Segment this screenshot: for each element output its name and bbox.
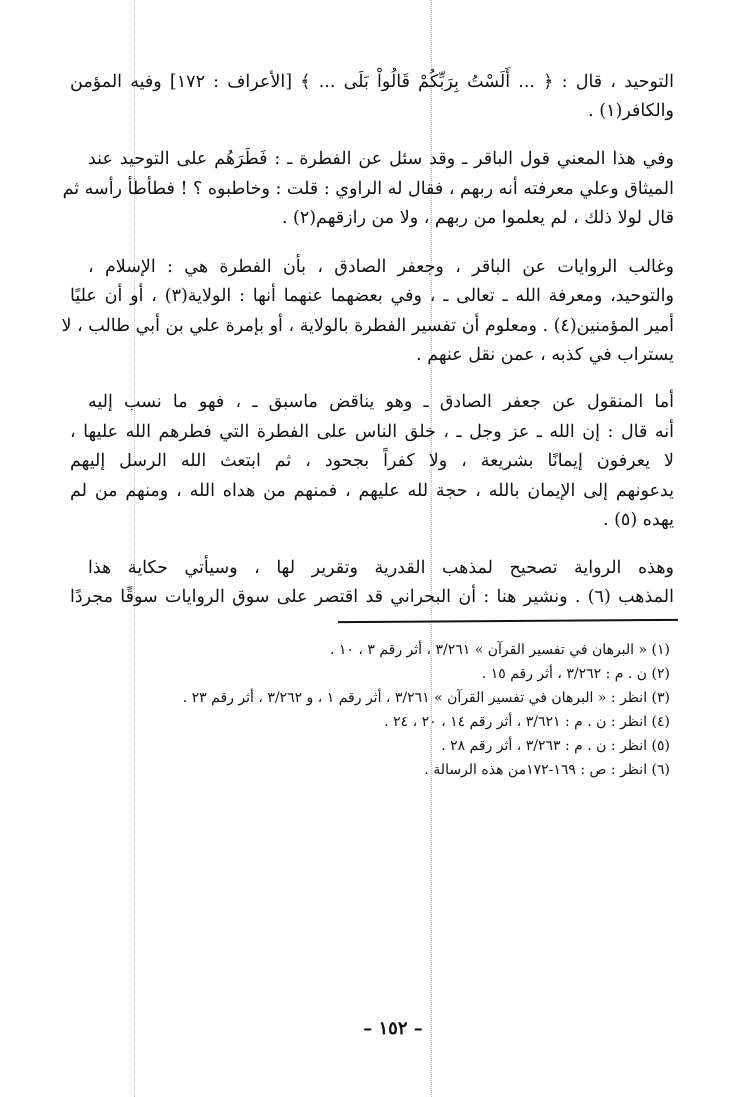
footnote-3: (٣) انظر : « البرهان في تفسير القرآن » ٣… (183, 686, 670, 710)
footnote-separator (338, 619, 678, 623)
page-number: – ١٥٢ – (338, 1018, 448, 1039)
paragraph-3-line-2: والتوحيد، ومعرفة الله ـ تعالى ـ ، وفي بع… (70, 281, 674, 311)
footnote-2: (٢) ن . م : ٣/٢٦٢ ، أثر رقم ١٥ . (482, 662, 670, 686)
footnote-4: (٤) انظر : ن . م : ٣/٦٢١ ، أثر رقم ١٤ ، … (384, 710, 670, 734)
paragraph-4-line-4: يدعونهم إلى الإيمان بالله ، حجة لله عليه… (70, 476, 674, 506)
paragraph-4-line-2: أنه قال : إن الله ـ عز وجل ـ ، خلق الناس… (70, 417, 674, 447)
paragraph-4-line-5: يهده (٥) . (70, 505, 674, 535)
paragraph-5-line-2: المذهب (٦) . ونشير هنا : أن البحراني قد … (70, 582, 674, 612)
paragraph-2-line-3: قال لولا ذلك ، لم يعلموا من ربهم ، ولا م… (70, 203, 674, 233)
paragraph-3-line-4: يستراب في كذبه ، عمن نقل عنهم . (70, 340, 674, 370)
paragraph-1-line-2: والكافر(١) . (70, 96, 674, 126)
footnote-1: (١) « البرهان في تفسير القرآن » ٣/٢٦١ ، … (330, 638, 670, 662)
paragraph-4-line-3: لا يعرفون إيمانًا بشريعة ، ولا كفراً بجح… (70, 446, 674, 476)
paragraph-2-line-2: الميثاق وعلي معرفته أنه ربهم ، فقال له ا… (70, 174, 674, 204)
paragraph-1-line-1: التوحيد ، قال : ﴿ ... أَلَسْتُ بِرَبِّكُ… (70, 67, 674, 97)
paragraph-4-line-1: أما المنقول عن جعفر الصادق ـ وهو يناقض م… (88, 387, 674, 417)
paragraph-3-line-1: وغالب الروايات عن الباقر ، وجعفر الصادق … (88, 252, 674, 282)
footnote-6: (٦) انظر : ص : ١٦٩-١٧٢من هذه الرسالة . (424, 758, 670, 782)
book-page: التوحيد ، قال : ﴿ ... أَلَسْتُ بِرَبِّكُ… (0, 0, 746, 1097)
paragraph-5-line-1: وهذه الرواية تصحيح لمذهب القدرية وتقرير … (88, 553, 674, 583)
footnote-5: (٥) انظر : ن . م : ٣/٢٦٣ ، أثر رقم ٢٨ . (441, 734, 670, 758)
paragraph-3-line-3: أمير المؤمنين(٤) . ومعلوم أن تفسير الفطر… (70, 311, 674, 341)
paragraph-2-line-1: وفي هذا المعني قول الباقر ـ وقد سئل عن ا… (88, 144, 674, 174)
